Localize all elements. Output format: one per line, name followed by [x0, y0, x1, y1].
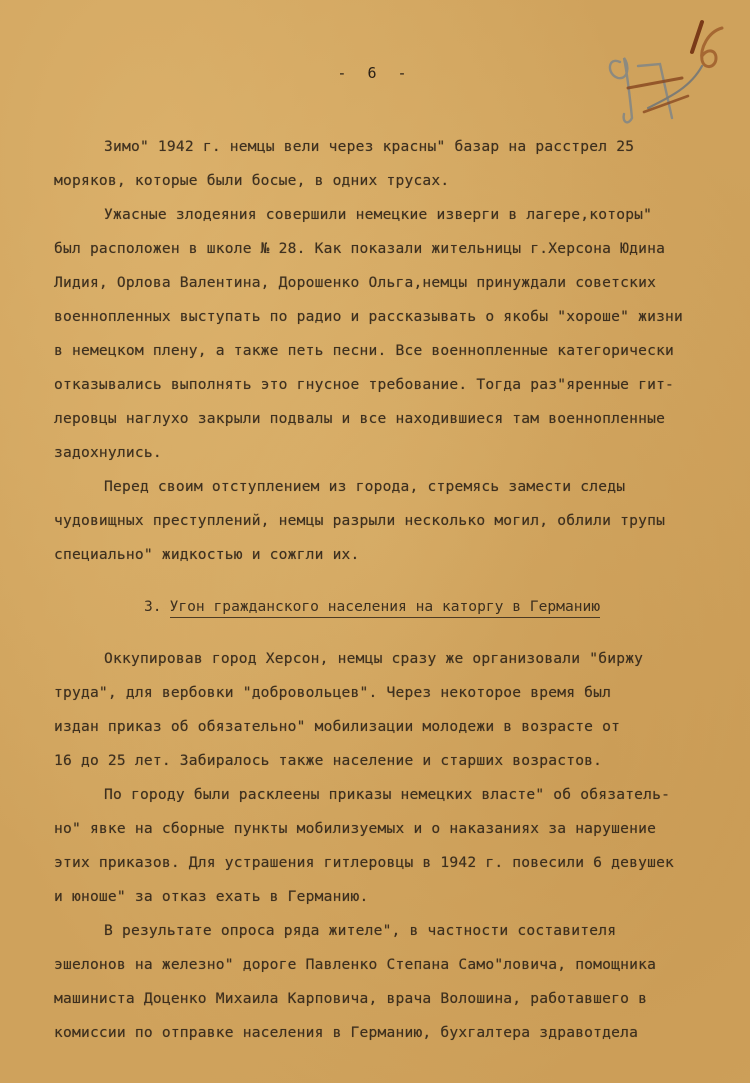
text-line: но" явке на сборные пункты мобилизуемых … — [54, 812, 656, 846]
text-line: труда", для вербовки "добровольцев". Чер… — [54, 676, 611, 710]
text-line: комиссии по отправке населения в Германи… — [54, 1016, 638, 1050]
document-page: - 6 - Зимо" 1942 г. немцы вели через кра… — [0, 0, 750, 1083]
text-line: Зимо" 1942 г. немцы вели через красны" б… — [54, 130, 634, 164]
text-line: Ужасные злодеяния совершили немецкие изв… — [54, 198, 652, 232]
text-line: эшелонов на железно" дороге Павленко Сте… — [54, 948, 656, 982]
section-title: Угон гражданского населения на каторгу в… — [170, 598, 601, 618]
section-number: 3. — [144, 598, 162, 615]
text-line: В результате опроса ряда жителе", в част… — [54, 914, 616, 948]
text-line: и юноше" за отказ ехать в Германию. — [54, 880, 369, 914]
text-line: моряков, которые были босые, в одних тру… — [54, 164, 449, 198]
text-line: был расположен в школе № 28. Как показал… — [54, 232, 665, 266]
text-line: отказывались выполнять это гнусное требо… — [54, 368, 674, 402]
text-line: издан приказ об обязательно" мобилизации… — [54, 710, 620, 744]
text-line: военнопленных выступать по радио и расск… — [54, 300, 683, 334]
text-line: Лидия, Орлова Валентина, Дорошенко Ольга… — [54, 266, 656, 300]
section-heading: 3.Угон гражданского населения на каторгу… — [144, 590, 600, 624]
text-line: 16 до 25 лет. Забиралось также население… — [54, 744, 602, 778]
text-line: задохнулись. — [54, 436, 162, 470]
text-line: леровцы наглухо закрыли подвалы и все на… — [54, 402, 665, 436]
text-line: в немецком плену, а также петь песни. Вс… — [54, 334, 674, 368]
text-line: чудовищных преступлений, немцы разрыли н… — [54, 504, 665, 538]
text-line: По городу были расклеены приказы немецки… — [54, 778, 670, 812]
archive-folio-handwritten-number-icon — [598, 18, 728, 128]
text-line: Перед своим отступлением из города, стре… — [54, 470, 625, 504]
text-line: машиниста Доценко Михаила Карповича, вра… — [54, 982, 647, 1016]
text-line: Оккупировав город Херсон, немцы сразу же… — [54, 642, 643, 676]
text-line: специально" жидкостью и сожгли их. — [54, 538, 360, 572]
text-line: этих приказов. Для устрашения гитлеровцы… — [54, 846, 674, 880]
